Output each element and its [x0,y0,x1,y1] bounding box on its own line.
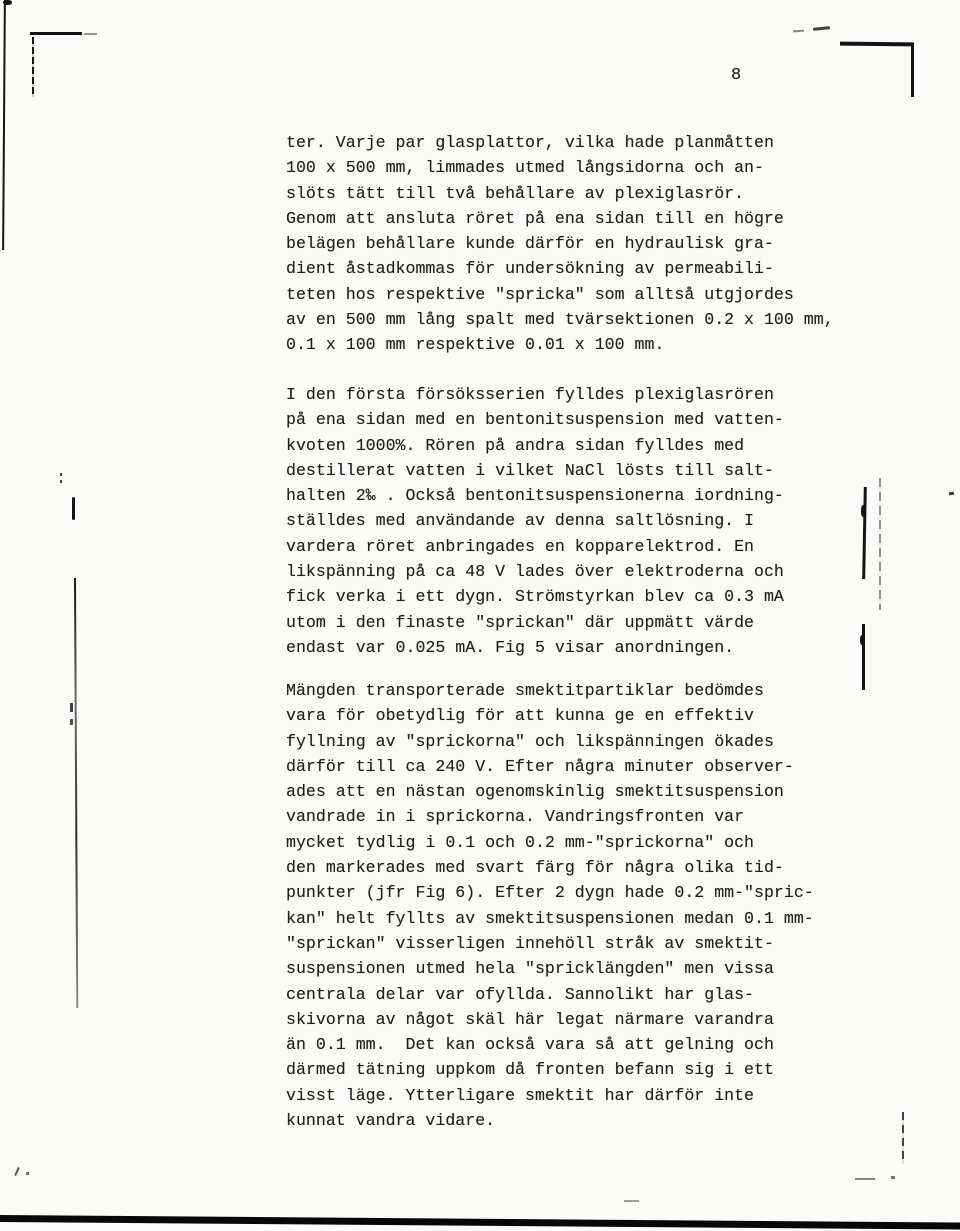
text-line: belägen behållare kunde därför en hydrau… [286,231,834,256]
scan-mark-top-right-corner-horizontal [840,42,914,47]
scan-mark-left-edge-line [2,0,6,250]
text-line: därmed tätning uppkom då fronten befann … [286,1057,814,1082]
text-line: kunnat vandra vidare. [286,1108,814,1133]
scan-mark-top-right-dash-2 [813,26,830,31]
paragraph-smectite-transport: Mängden transporterade smektitpartiklar … [286,678,814,1133]
text-line: dient åstadkommas för undersökning av pe… [286,256,834,281]
text-line: därför till ca 240 V. Efter några minute… [286,754,814,779]
text-line: vara för obetydlig för att kunna ge en e… [286,703,814,728]
scan-mark-right-dot [949,492,954,496]
scan-mark-top-left-horizontal [30,32,82,35]
text-line: centrala delar var ofyllda. Sannolikt ha… [286,982,814,1007]
scan-mark-left-long-line [74,578,79,1008]
scan-mark-bottom-dash-2 [891,1176,895,1179]
scan-mark-bottom-left-dot [26,1172,29,1175]
scan-mark-right-line-upper [862,487,867,579]
scan-mark-left-tick-2 [70,719,73,725]
text-line: I den första försöksserien fylldes plexi… [286,382,784,407]
text-line: än 0.1 mm. Det kan också vara så att gel… [286,1032,814,1057]
text-line: Genom att ansluta röret på ena sidan til… [286,206,834,231]
text-line: 0.1 x 100 mm respektive 0.01 x 100 mm. [286,332,834,357]
text-line: halten 2‰ . Också bentonitsuspensionerna… [286,483,784,508]
text-line: kvoten 1000%. Rören på andra sidan fylld… [286,433,784,458]
text-line: skivorna av något skäl här legat närmare… [286,1007,814,1032]
scan-mark-left-tick-1 [70,703,73,712]
scan-mark-bottom-dash-1 [855,1178,875,1180]
scan-mark-right-line-upper-knot [861,505,866,517]
text-line: vardera röret anbringades en kopparelekt… [286,534,784,559]
scan-mark-bottom-right-vertical [902,1112,904,1164]
scan-mark-bottom-black-bar [0,1215,960,1230]
text-line: 100 x 500 mm, limmades utmed långsidorna… [286,155,834,180]
scan-mark-left-colon-dot-2 [60,480,62,483]
scan-mark-left-short-dash [72,497,75,520]
scan-mark-bottom-left-tick [14,1167,20,1176]
scan-mark-bottom-dash-3 [624,1200,639,1202]
text-line: ställdes med användande av denna saltlös… [286,508,784,533]
text-line: endast var 0.025 mA. Fig 5 visar anordni… [286,635,784,660]
text-line: punkter (jfr Fig 6). Efter 2 dygn hade 0… [286,880,814,905]
scan-mark-right-line-lower-knot [860,635,865,645]
text-line: kan" helt fyllts av smektitsuspensionen … [286,906,814,931]
scan-mark-top-right-corner-vertical [911,43,914,97]
text-line: slöts tätt till två behållare av plexigl… [286,181,834,206]
text-line: teten hos respektive "spricka" som allts… [286,282,834,307]
scan-mark-top-left-horizontal-fade [84,33,97,35]
text-line: fick verka i ett dygn. Strömstyrkan blev… [286,584,784,609]
page-number: 8 [731,66,741,85]
text-line: vandrade in i sprickorna. Vandringsfront… [286,804,814,829]
scan-mark-right-line-faint [879,478,881,610]
text-line: destillerat vatten i vilket NaCl lösts t… [286,458,784,483]
paragraph-apparatus-description: ter. Varje par glasplattor, vilka hade p… [286,130,834,358]
text-line: av en 500 mm lång spalt med tvärsektione… [286,307,834,332]
scan-mark-left-colon-dot-1 [60,473,62,476]
paragraph-first-test-series: I den första försöksserien fylldes plexi… [286,382,784,660]
text-line: fyllning av "sprickorna" och likspänning… [286,729,814,754]
text-line: Mängden transporterade smektitpartiklar … [286,678,814,703]
text-line: visst läge. Ytterligare smektit har därf… [286,1083,814,1108]
text-line: ades att en nästan ogenomskinlig smektit… [286,779,814,804]
text-line: på ena sidan med en bentonitsuspension m… [286,407,784,432]
text-line: likspänning på ca 48 V lades över elektr… [286,559,784,584]
text-line: utom i den finaste "sprickan" där uppmät… [286,610,784,635]
scanned-document-page: 8 ter. Varje par glasplattor, vilka hade… [0,0,960,1231]
scan-mark-top-left-vertical [32,37,34,97]
text-line: mycket tydlig i 0.1 och 0.2 mm-"sprickor… [286,830,814,855]
scan-mark-top-right-dash-1 [793,30,804,33]
text-line: den markerades med svart färg för några … [286,855,814,880]
text-line: "sprickan" visserligen innehöll stråk av… [286,931,814,956]
text-line: ter. Varje par glasplattor, vilka hade p… [286,130,834,155]
scan-mark-right-line-lower [862,624,865,690]
text-line: suspensionen utmed hela "spricklängden" … [286,956,814,981]
scan-mark-left-edge-hook [3,0,12,5]
